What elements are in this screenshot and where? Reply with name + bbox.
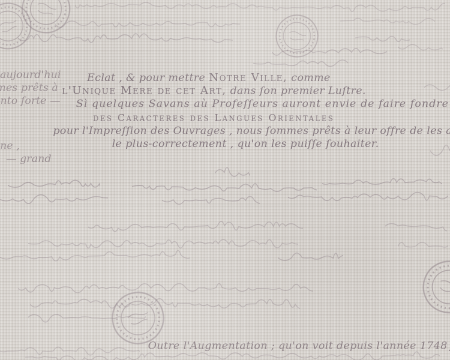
printed-line-4: des Caracteres des Langues Orientales	[93, 112, 334, 124]
handwriting-flourish	[278, 244, 343, 272]
postmark-stamp	[414, 252, 450, 321]
handwriting-flourish	[398, 38, 443, 56]
handwriting-flourish	[430, 137, 450, 164]
printed-line-4-smallcaps: des Caracteres des Langues Orientales	[93, 113, 334, 124]
printed-line-1-italic-a: Eclat , & pour mettre	[87, 72, 209, 84]
handwriting-flourish	[385, 216, 447, 236]
handwriting-flourish	[28, 306, 146, 329]
printed-line-1: Eclat , & pour mettre Notre Ville, comme	[87, 71, 330, 84]
handwriting-flourish	[0, 246, 190, 269]
printed-line-2-smallcaps: l'Unique Mere de cet Art,	[62, 84, 227, 97]
printed-line-5: pour l'Impreſſion des Ouvrages , nous ſo…	[53, 125, 450, 137]
handwriting-flourish	[288, 186, 448, 209]
printed-line-6: le plus-correctement , qu'on les puiſſe …	[112, 138, 379, 150]
handwriting-flourish	[340, 12, 435, 30]
margin-fragment-1: aujourd'hui	[0, 69, 61, 81]
margin-fragment-4: ne ,	[0, 140, 20, 152]
handwriting-flourish	[0, 188, 108, 211]
handwriting-flourish	[424, 78, 450, 97]
wallpaper-canvas: Eclat , & pour mettre Notre Ville, comme…	[0, 0, 450, 360]
printed-line-2-italic: dans ſon premier Luſtre.	[227, 85, 366, 97]
bottom-printed-line: Outre l'Augmentation ; qu'on voit depuis…	[148, 340, 450, 352]
handwriting-flourish	[18, 27, 233, 50]
printed-line-2: l'Unique Mere de cet Art, dans ſon premi…	[62, 84, 366, 97]
margin-fragment-2: mes prêts à	[0, 82, 58, 94]
margin-fragment-5: — grand	[6, 153, 51, 165]
margin-fragment-3: ento ſorte —	[0, 95, 60, 107]
handwriting-flourish	[398, 236, 448, 256]
printed-line-1-smallcaps: Notre Ville,	[209, 71, 288, 84]
printed-line-1-italic-b: comme	[288, 72, 331, 84]
handwriting-flourish	[162, 189, 260, 212]
printed-line-3: Sì quelques Savans aù Profeſſeurs auront…	[76, 98, 449, 110]
